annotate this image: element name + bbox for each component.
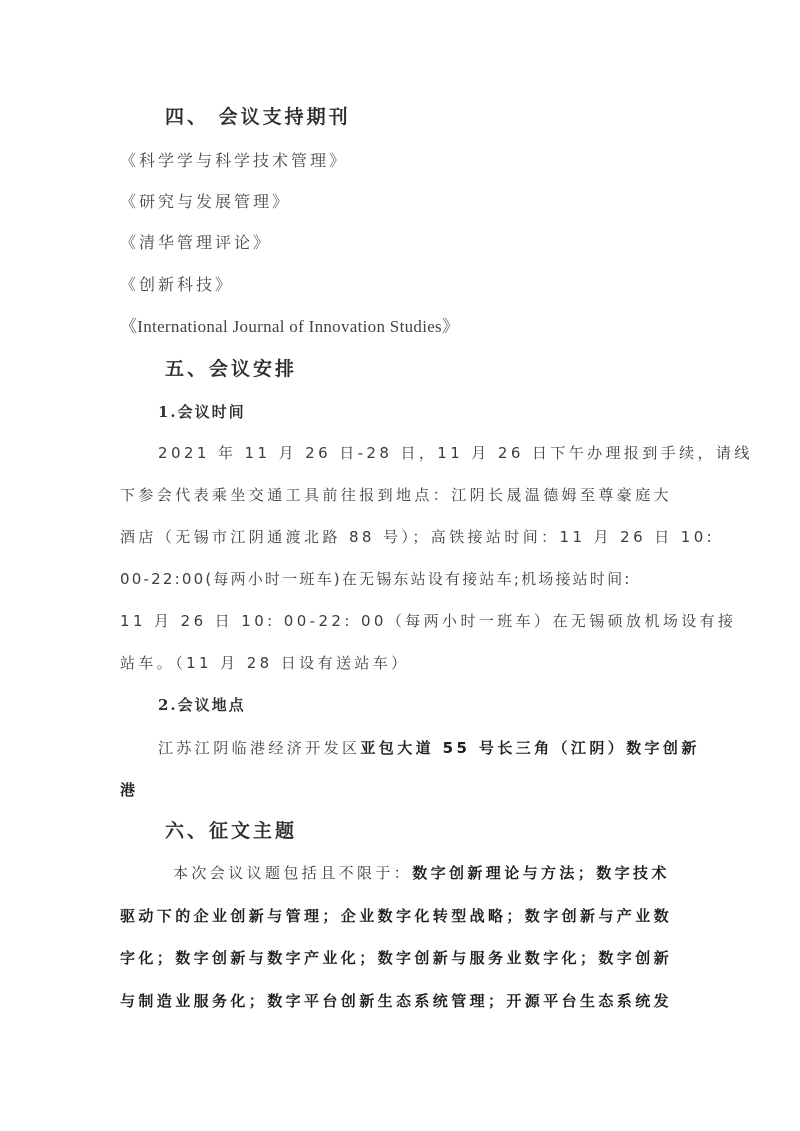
journal-item: 《科学学与科学技术管理》: [120, 150, 348, 172]
meeting-location-text: 港: [120, 779, 138, 801]
meeting-location-text: 江苏江阴临港经济开发区亚包大道 55 号长三角（江阴）数字创新: [158, 737, 700, 759]
topics-text: 与制造业服务化；数字平台创新生态系统管理；开源平台生态系统发: [120, 990, 672, 1012]
meeting-location-label: 2.会议地点: [158, 694, 246, 716]
journal-item: 《清华管理评论》: [120, 232, 272, 254]
topics-text: 本次会议议题包括且不限于：数字创新理论与方法；数字技术: [173, 862, 670, 884]
meeting-time-text: 酒店（无锡市江阴通渡北路 88 号）；高铁接站时间：11 月 26 日 10:: [120, 526, 715, 548]
topics-bold: 数字创新理论与方法；数字技术: [412, 864, 670, 882]
section-4-heading: 四、 会议支持期刊: [165, 106, 351, 128]
journal-item: 《International Journal of Innovation Stu…: [120, 316, 459, 338]
meeting-time-text: 00-22:00(每两小时一班车)在无锡东站设有接站车;机场接站时间:: [120, 568, 632, 590]
meeting-time-text: 站车。（11 月 28 日设有送站车）: [120, 652, 410, 674]
topics-intro: 本次会议议题包括且不限于：: [173, 864, 412, 882]
journal-item: 《研究与发展管理》: [120, 191, 291, 213]
section-6-heading: 六、征文主题: [165, 820, 297, 842]
meeting-time-label: 1.会议时间: [158, 401, 246, 423]
meeting-time-text: 下参会代表乘坐交通工具前往报到地点：江阴长晟温德姆至尊豪庭大: [120, 484, 672, 506]
topics-text: 字化；数字创新与数字产业化；数字创新与服务业数字化；数字创新: [120, 947, 672, 969]
section-5-heading: 五、会议安排: [165, 358, 297, 380]
location-bold: 亚包大道 55 号长三角（江阴）数字创新: [360, 739, 699, 757]
journal-item: 《创新科技》: [120, 274, 234, 296]
meeting-time-text: 11 月 26 日 10: 00-22: 00（每两小时一班车）在无锡硕放机场设…: [120, 610, 736, 632]
document-page: 四、 会议支持期刊 《科学学与科学技术管理》 《研究与发展管理》 《清华管理评论…: [0, 0, 800, 1131]
topics-text: 驱动下的企业创新与管理；企业数字化转型战略；数字创新与产业数: [120, 905, 672, 927]
location-normal: 江苏江阴临港经济开发区: [158, 739, 360, 757]
meeting-time-text: 2021 年 11 月 26 日-28 日，11 月 26 日下午办理报到手续，…: [158, 442, 753, 464]
